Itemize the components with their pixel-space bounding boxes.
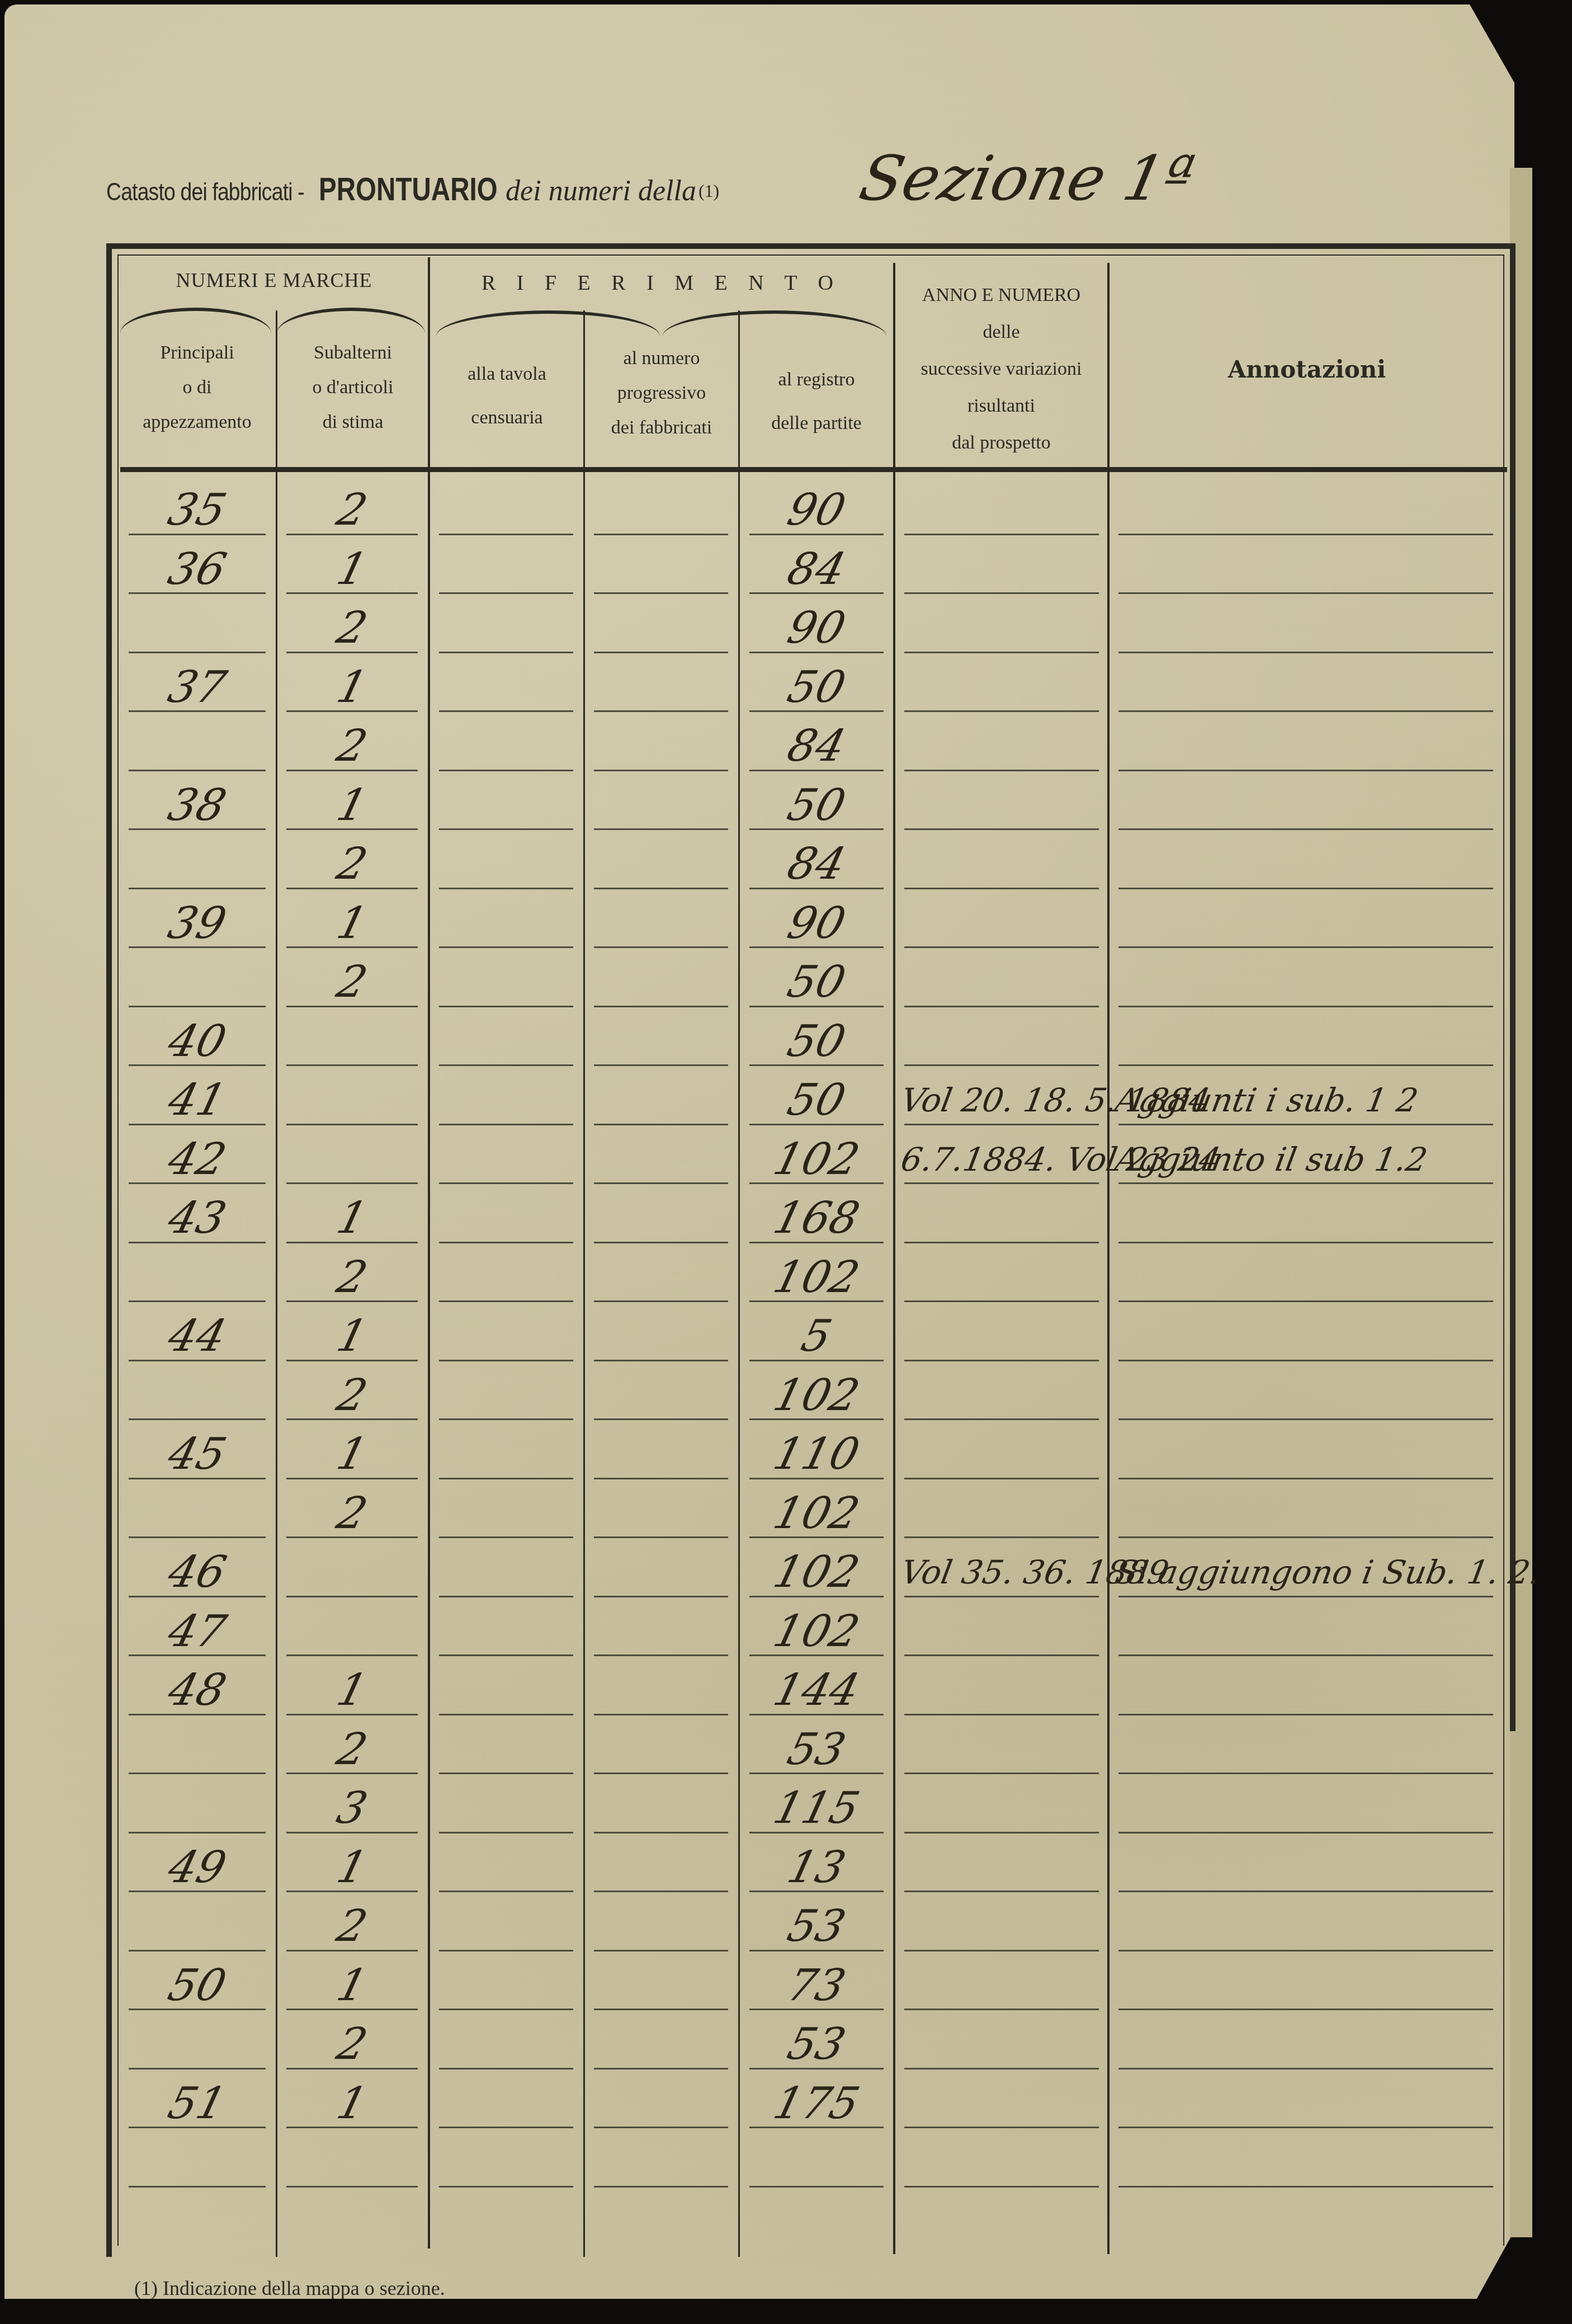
cell-registro: 102 [734,1368,899,1423]
cell-registro: 84 [734,836,899,892]
cell-registro: 73 [734,1958,899,2014]
cell-principali: 38 [114,777,281,833]
row-rule [594,592,728,594]
header-registro: al registro delle partite [740,358,893,445]
row-rule [594,946,728,948]
row-rule [904,2127,1099,2128]
cell-registro: 102 [734,1604,899,1660]
row-rule [129,1832,266,1833]
cell-subalterni: 1 [271,1958,433,2014]
cell-subalterni: 3 [271,1780,433,1836]
row-rule [1118,1360,1493,1361]
row-rule [904,946,1099,948]
row-rule [594,1536,728,1538]
row-rule [1118,2186,1493,2188]
header-rule [120,467,1507,472]
row-rule [129,1418,266,1420]
cell-subalterni: 1 [271,1190,433,1246]
table-frame-right [1510,243,1516,1731]
row-rule [594,1478,728,1479]
cell-registro: 90 [734,895,899,951]
row-rule [594,1773,728,1774]
row-rule [1118,1536,1493,1538]
cell-annotazioni: Aggiunti i sub. 1 2 [1111,1072,1572,1128]
row-rule [904,1418,1099,1420]
torn-bottom-edge [0,2299,1572,2324]
col-divider [583,310,585,2257]
title-prefix: Catasto dei fabbricati - [106,178,304,206]
cell-registro: 168 [734,1190,899,1246]
row-rule [1118,1773,1493,1774]
cell-annotazioni: Si aggiungono i Sub. 1. 2. [1111,1544,1572,1600]
row-rule [904,1773,1099,1774]
cell-principali: 44 [114,1308,281,1364]
cell-subalterni: 1 [271,1662,433,1718]
row-rule [594,2009,728,2010]
row-rule [904,1714,1099,1715]
cell-registro: 5 [734,1308,899,1364]
row-rule [439,1891,573,1892]
row-rule [904,1360,1099,1361]
cell-registro: 144 [734,1662,899,1718]
row-rule [904,1654,1099,1656]
row-rule [439,1832,573,1833]
row-rule [439,2009,573,2010]
row-rule [594,2127,728,2128]
row-rule [439,2127,573,2128]
row-rule [749,2186,884,2188]
header-subalterni: Subalterni o d'articoli di stima [278,336,428,440]
row-rule [1118,1714,1493,1715]
row-rule [286,1654,418,1656]
row-rule [594,1418,728,1420]
header-numero: al numero progressivo dei fabbricati [585,341,738,445]
cell-subalterni: 2 [271,836,433,892]
row-rule [904,2009,1099,2010]
cell-principali: 36 [114,541,281,597]
row-rule [904,652,1099,653]
row-rule [594,1950,728,1951]
row-rule [594,770,728,771]
row-rule [904,534,1099,535]
row-rule [904,1832,1099,1833]
cell-registro: 50 [734,954,899,1010]
row-rule [286,1182,418,1184]
header-annotazioni: Annotazioni [1110,352,1504,387]
row-rule [594,1242,728,1243]
row-rule [1118,1478,1493,1479]
row-rule [904,592,1099,594]
row-rule [904,1064,1099,1066]
row-rule [129,1006,266,1007]
cell-principali: 47 [114,1604,281,1660]
row-rule [286,1064,418,1066]
row-rule [129,1950,266,1951]
row-rule [594,2068,728,2070]
cell-subalterni: 1 [271,1840,433,1896]
cell-registro: 50 [734,659,899,715]
cell-registro: 53 [734,1898,899,1954]
cell-principali: 43 [114,1190,281,1246]
row-rule [439,1536,573,1538]
cell-principali: 35 [114,482,281,538]
cell-principali: 41 [114,1072,281,1128]
cell-subalterni: 1 [271,1308,433,1364]
row-rule [439,770,573,771]
row-rule [904,2186,1099,2188]
header-principali: Principali o di appezzamento [120,336,274,440]
row-rule [439,534,573,535]
row-rule [594,1714,728,1715]
cell-registro: 115 [734,1780,899,1836]
row-rule [594,534,728,535]
row-rule [439,1064,573,1066]
row-rule [1118,770,1493,771]
row-rule [439,1714,573,1715]
cell-subalterni: 1 [271,2076,433,2132]
cell-principali: 42 [114,1132,281,1187]
row-rule [1118,1006,1493,1007]
row-rule [439,1950,573,1951]
cell-subalterni: 1 [271,777,433,833]
cell-subalterni: 2 [271,1898,433,1954]
row-rule [904,888,1099,889]
row-rule [904,1891,1099,1892]
cell-registro: 50 [734,1072,899,1128]
cell-subalterni: 1 [271,1426,433,1482]
row-rule [129,770,266,771]
cell-registro: 50 [734,777,899,833]
cell-subalterni: 1 [271,541,433,597]
row-rule [1118,2068,1493,2070]
row-rule [594,1596,728,1597]
row-rule [904,1006,1099,1007]
row-rule [594,1006,728,1007]
row-rule [439,1478,573,1479]
row-rule [594,888,728,889]
cell-registro: 53 [734,1722,899,1778]
cell-registro: 102 [734,1544,899,1600]
cell-subalterni: 2 [271,1368,433,1423]
row-rule [1118,2127,1493,2128]
row-rule [1118,534,1493,535]
row-rule [1118,1300,1493,1302]
row-rule [1118,592,1493,594]
footnote: (1) Indicazione della mappa o sezione. [134,2276,445,2300]
row-rule [1118,1242,1493,1243]
cell-registro: 102 [734,1250,899,1305]
cell-subalterni: 1 [271,895,433,951]
row-rule [594,1832,728,1833]
handwritten-section: Sezione 1ª [853,143,1200,214]
row-rule [594,2186,728,2188]
row-rule [1118,1832,1493,1833]
row-rule [594,1124,728,1125]
cell-subalterni: 2 [271,1722,433,1778]
row-rule [1118,828,1493,830]
row-rule [439,652,573,653]
row-rule [1118,1654,1493,1656]
cell-principali: 39 [114,895,281,951]
row-rule [286,1596,418,1597]
row-rule [594,1360,728,1361]
row-rule [1118,888,1493,889]
row-rule [594,1064,728,1066]
cell-principali: 51 [114,2076,281,2132]
row-rule [129,1300,266,1302]
cell-principali: 46 [114,1544,281,1600]
cell-registro: 110 [734,1426,899,1482]
cell-principali: 37 [114,659,281,715]
cell-subalterni: 1 [271,659,433,715]
row-rule [439,1242,573,1243]
cell-annotazioni: Aggiunto il sub 1.2 [1111,1132,1572,1187]
row-rule [129,2068,266,2070]
row-rule [439,1182,573,1184]
title-suffix: dei numeri della [506,175,696,207]
row-rule [594,1654,728,1656]
row-rule [594,652,728,653]
row-rule [439,1418,573,1420]
row-rule [904,2068,1099,2070]
row-rule [594,1891,728,1892]
cell-subalterni: 2 [271,954,433,1010]
cell-subalterni: 2 [271,482,433,538]
cell-principali: 48 [114,1662,281,1718]
cell-subalterni: 2 [271,2016,433,2072]
cell-principali: 49 [114,1840,281,1896]
row-rule [439,2068,573,2070]
row-rule [129,2186,266,2188]
cell-subalterni: 2 [271,1486,433,1542]
row-rule [1118,652,1493,653]
header-variazioni: ANNO E NUMERO delle successive variazion… [895,277,1107,461]
row-rule [129,652,266,653]
row-rule [904,1300,1099,1302]
header-group-riferimento: R I F E R I M E N T O [431,266,892,300]
row-rule [439,1360,573,1361]
cell-principali: 45 [114,1426,281,1482]
row-rule [1118,1891,1493,1892]
cell-subalterni: 2 [271,718,433,774]
cell-subalterni: 2 [271,600,433,656]
cell-subalterni: 2 [271,1250,433,1305]
row-rule [439,828,573,830]
row-rule [904,828,1099,830]
cell-principali: 50 [114,1958,281,2014]
row-rule [439,888,573,889]
row-rule [1118,1950,1493,1951]
row-rule [1118,2009,1493,2010]
row-rule [439,710,573,712]
row-rule [439,1124,573,1125]
row-rule [439,1654,573,1656]
row-rule [1118,710,1493,712]
row-rule [439,946,573,948]
row-rule [439,1300,573,1302]
row-rule [439,2186,573,2188]
row-rule [286,1124,418,1125]
header-group-numeri: NUMERI E MARCHE [120,263,428,298]
row-rule [439,592,573,594]
row-rule [904,1242,1099,1243]
row-rule [594,710,728,712]
row-rule [594,1182,728,1184]
cell-registro: 84 [734,718,899,774]
row-rule [904,1536,1099,1538]
row-rule [904,1950,1099,1951]
header-tavola: alla tavola censuaria [431,352,583,440]
row-rule [439,1773,573,1774]
row-rule [1118,946,1493,948]
row-rule [129,1773,266,1774]
col-divider [1107,263,1110,2254]
row-rule [286,2186,418,2188]
cell-registro: 50 [734,1013,899,1069]
cell-principali: 40 [114,1013,281,1069]
row-rule [439,1006,573,1007]
row-rule [594,828,728,830]
title-main: PRONTUARIO [319,171,498,208]
row-rule [904,1478,1099,1479]
row-rule [594,1300,728,1302]
cell-registro: 102 [734,1132,899,1187]
cell-registro: 53 [734,2016,899,2072]
row-rule [129,888,266,889]
cell-registro: 102 [734,1486,899,1542]
cell-registro: 90 [734,482,899,538]
row-rule [904,710,1099,712]
row-rule [904,770,1099,771]
cell-registro: 175 [734,2076,899,2132]
form-title: Catasto dei fabbricati - PRONTUARIO dei … [106,171,719,208]
cell-registro: 13 [734,1840,899,1896]
row-rule [129,1536,266,1538]
row-rule [1118,1418,1493,1420]
cell-registro: 84 [734,541,899,597]
row-rule [1118,1064,1493,1066]
footnote-marker: (1) [698,181,719,201]
row-rule [439,1596,573,1597]
cell-registro: 90 [734,600,899,656]
